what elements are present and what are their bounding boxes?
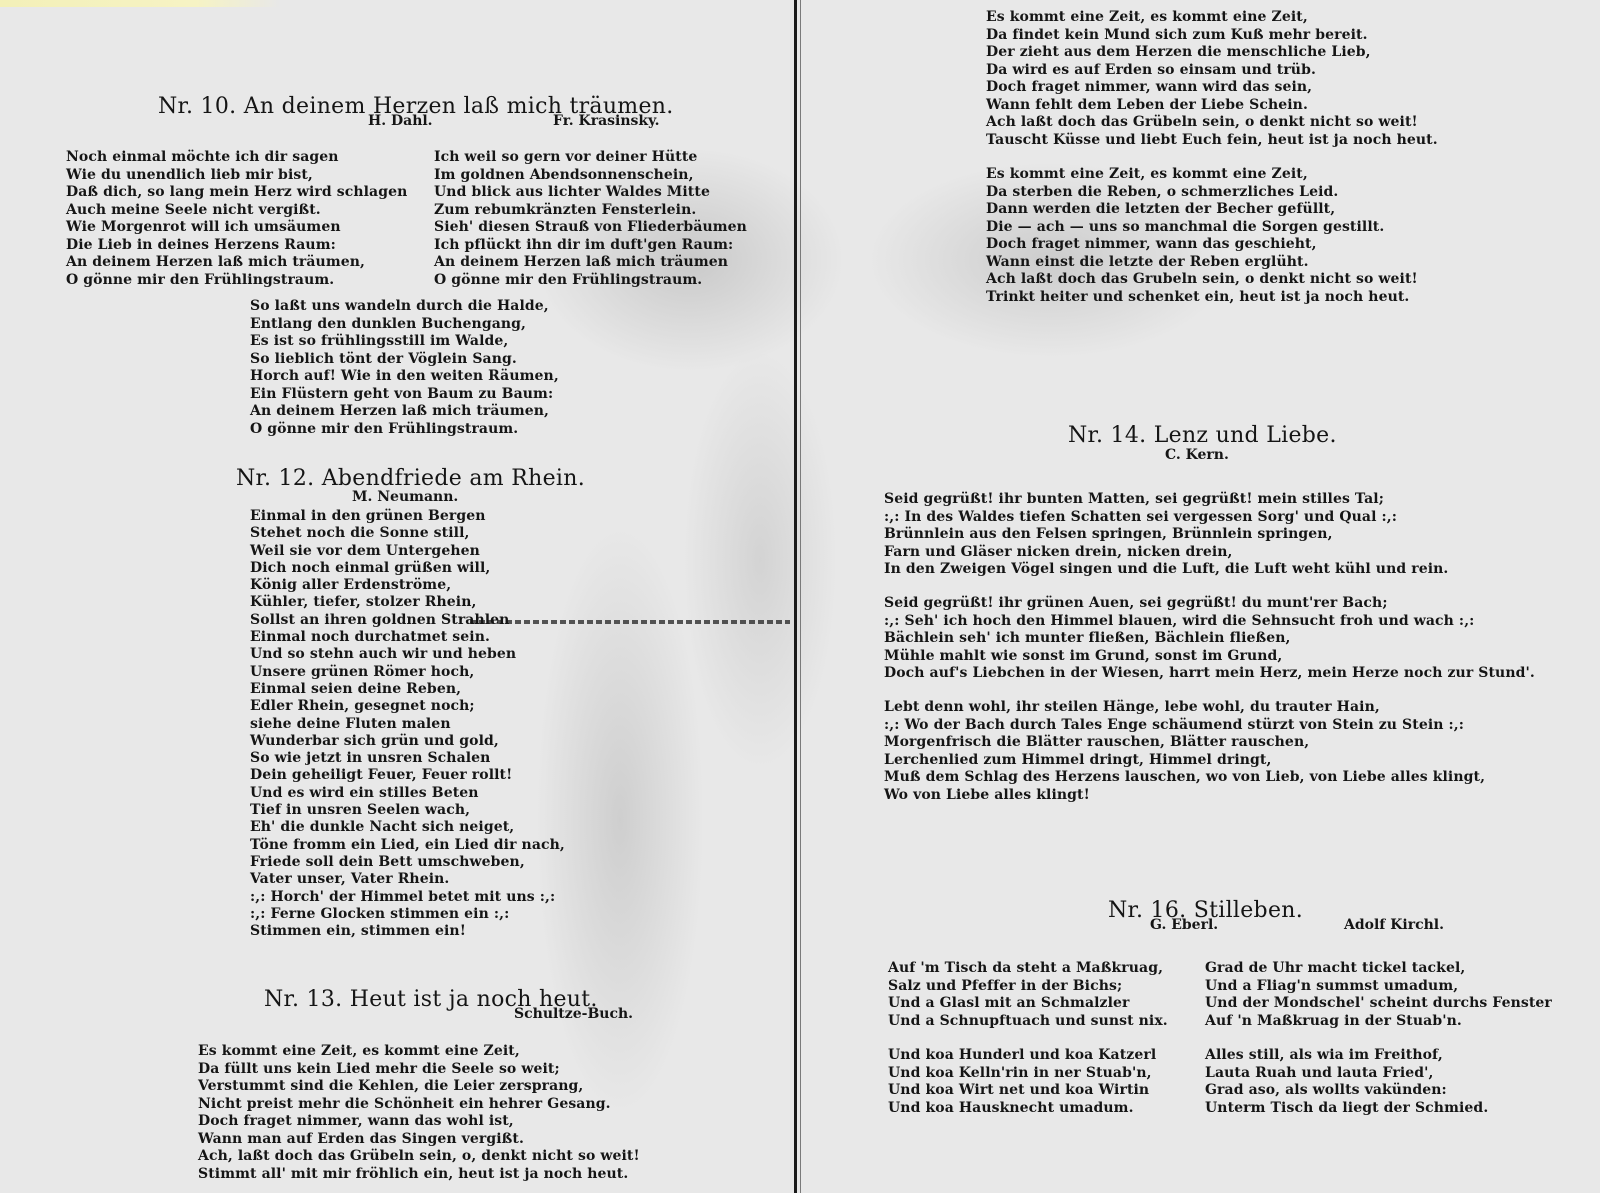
verse-line: Einmal noch durchatmet sein. (250, 629, 565, 646)
verse-line: Einmal in den grünen Bergen (250, 508, 565, 525)
verse-line: Sollst an ihren goldnen Strahlen (250, 612, 565, 629)
verse-line: Sieh' diesen Strauß von Fliederbäumen (434, 219, 747, 237)
song-16-composer: Adolf Kirchl. (1344, 917, 1444, 933)
verse-line: Und der Mondschel' scheint durchs Fenste… (1205, 995, 1552, 1013)
verse-line: Auch meine Seele nicht vergißt. (66, 202, 407, 220)
verse-line: O gönne mir den Frühlingstraum. (250, 421, 559, 439)
song-10-verse-2: Ich weil so gern vor deiner Hütte Im gol… (434, 149, 747, 289)
verse-line: Stimmt all' mit mir fröhlich ein, heut i… (198, 1166, 640, 1184)
verse-line: Ich weil so gern vor deiner Hütte (434, 149, 747, 167)
verse-line: König aller Erdenströme, (250, 577, 565, 594)
verse-line: Einmal seien deine Reben, (250, 681, 565, 698)
verse-line: Grad de Uhr macht tickel tackel, (1205, 960, 1552, 978)
song-16-col1-verse-2: Und koa Hunderl und koa Katzerl Und koa … (888, 1047, 1156, 1117)
song-12-verse: Einmal in den grünen Bergen Stehet noch … (250, 508, 565, 940)
verse-line: Doch fraget nimmer, wann das geschieht, (986, 236, 1418, 254)
verse-line: Verstummt sind die Kehlen, die Leier zer… (198, 1078, 640, 1096)
verse-line: Es kommt eine Zeit, es kommt eine Zeit, (986, 9, 1438, 27)
verse-line: Farn und Gläser nicken drein, nicken dre… (884, 544, 1448, 562)
verse-line: :,: Ferne Glocken stimmen ein :,: (250, 906, 565, 923)
song-14-verse-1: Seid gegrüßt! ihr bunten Matten, sei geg… (884, 491, 1448, 579)
verse-line: Kühler, tiefer, stolzer Rhein, (250, 594, 565, 611)
song-12-author: M. Neumann. (352, 489, 458, 505)
verse-line: Unterm Tisch da liegt der Schmied. (1205, 1100, 1488, 1118)
verse-line: Ach laßt doch das Grubeln sein, o denkt … (986, 271, 1418, 289)
verse-line: Wann einst die letzte der Reben erglüht. (986, 254, 1418, 272)
verse-line: Ach laßt doch das Grübeln sein, o denkt … (986, 114, 1438, 132)
verse-line: Und koa Hausknecht umadum. (888, 1100, 1156, 1118)
verse-line: Dich noch einmal grüßen will, (250, 560, 565, 577)
verse-line: :,: Wo der Bach durch Tales Enge schäume… (884, 717, 1485, 735)
verse-line: Und koa Wirt net und koa Wirtin (888, 1082, 1156, 1100)
verse-line: An deinem Herzen laß mich träumen, (250, 403, 559, 421)
verse-line: Doch fraget nimmer, wann wird das sein, (986, 79, 1438, 97)
song-16-lyricist: G. Eberl. (1150, 917, 1218, 933)
verse-line: So lieblich tönt der Vöglein Sang. (250, 351, 559, 369)
verse-line: Und blick aus lichter Waldes Mitte (434, 184, 747, 202)
verse-line: Und koa Hunderl und koa Katzerl (888, 1047, 1156, 1065)
verse-line: Mühle mahlt wie sonst im Grund, sonst im… (884, 648, 1535, 666)
verse-line: Weil sie vor dem Untergehen (250, 543, 565, 560)
verse-line: Und a Fliag'n summst umadum, (1205, 978, 1552, 996)
verse-line: Lebt denn wohl, ihr steilen Hänge, lebe … (884, 699, 1485, 717)
verse-line: Eh' die dunkle Nacht sich neiget, (250, 819, 565, 836)
verse-line: Friede soll dein Bett umschweben, (250, 854, 565, 871)
song-13-verse-3: Es kommt eine Zeit, es kommt eine Zeit, … (986, 166, 1418, 306)
verse-line: Unsere grünen Römer hoch, (250, 664, 565, 681)
verse-line: Wo von Liebe alles klingt! (884, 787, 1485, 805)
verse-line: So laßt uns wandeln durch die Halde, (250, 298, 559, 316)
paper-edge-strip (0, 0, 280, 7)
verse-line: Die — ach — uns so manchmal die Sorgen g… (986, 219, 1418, 237)
verse-line: An deinem Herzen laß mich träumen (434, 254, 747, 272)
verse-line: :,: Seh' ich hoch den Himmel blauen, wir… (884, 613, 1535, 631)
verse-line: Doch auf's Liebchen in der Wiesen, harrt… (884, 665, 1535, 683)
verse-line: Salz und Pfeffer in der Bichs; (888, 978, 1168, 996)
verse-line: Ach, laßt doch das Grübeln sein, o, denk… (198, 1148, 640, 1166)
verse-line: Da findet kein Mund sich zum Kuß mehr be… (986, 27, 1438, 45)
verse-line: Edler Rhein, gesegnet noch; (250, 698, 565, 715)
verse-line: Dann werden die letzten der Becher gefül… (986, 201, 1418, 219)
verse-line: Noch einmal möchte ich dir sagen (66, 149, 407, 167)
verse-line: Doch fraget nimmer, wann das wohl ist, (198, 1113, 640, 1131)
verse-line: Ein Flüstern geht von Baum zu Baum: (250, 386, 559, 404)
verse-line: Da sterben die Reben, o schmerzliches Le… (986, 184, 1418, 202)
verse-line: Und a Glasl mit an Schmalzler (888, 995, 1168, 1013)
verse-line: Horch auf! Wie in den weiten Räumen, (250, 368, 559, 386)
verse-line: Es kommt eine Zeit, es kommt eine Zeit, (198, 1043, 640, 1061)
verse-line: An deinem Herzen laß mich träumen, (66, 254, 407, 272)
verse-line: Tauscht Küsse und liebt Euch fein, heut … (986, 132, 1438, 150)
verse-line: Im goldnen Abendsonnenschein, (434, 167, 747, 185)
verse-line: Auf 'n Maßkruag in der Stuab'n. (1205, 1013, 1552, 1031)
verse-line: Wie du unendlich lieb mir bist, (66, 167, 407, 185)
verse-line: Da wird es auf Erden so einsam und trüb. (986, 62, 1438, 80)
verse-line: Stimmen ein, stimmen ein! (250, 923, 565, 940)
verse-line: Trinkt heiter und schenket ein, heut ist… (986, 289, 1418, 307)
song-10-verse-3: So laßt uns wandeln durch die Halde, Ent… (250, 298, 559, 438)
verse-line: Tief in unsren Seelen wach, (250, 802, 565, 819)
song-13-verse-1: Es kommt eine Zeit, es kommt eine Zeit, … (198, 1043, 640, 1183)
verse-line: Und a Schnupftuach und sunst nix. (888, 1013, 1168, 1031)
page-fold-line (794, 0, 797, 1193)
verse-line: Die Lieb in deines Herzens Raum: (66, 237, 407, 255)
verse-line: Auf 'm Tisch da steht a Maßkruag, (888, 960, 1168, 978)
verse-line: Der zieht aus dem Herzen die menschliche… (986, 44, 1438, 62)
verse-line: Grad aso, als wollts vakünden: (1205, 1082, 1488, 1100)
page-fold-shadow (800, 0, 801, 1193)
verse-line: Morgenfrisch die Blätter rauschen, Blätt… (884, 734, 1485, 752)
verse-line: Seid gegrüßt! ihr bunten Matten, sei geg… (884, 491, 1448, 509)
song-16-col1-verse-1: Auf 'm Tisch da steht a Maßkruag, Salz u… (888, 960, 1168, 1030)
verse-line: Nicht preist mehr die Schönheit ein hehr… (198, 1096, 640, 1114)
verse-line: Lauta Ruah und lauta Fried', (1205, 1065, 1488, 1083)
verse-line: Daß dich, so lang mein Herz wird schlage… (66, 184, 407, 202)
verse-line: Vater unser, Vater Rhein. (250, 871, 565, 888)
verse-line: Wann fehlt dem Leben der Liebe Schein. (986, 97, 1438, 115)
verse-line: siehe deine Fluten malen (250, 716, 565, 733)
verse-line: Und es wird ein stilles Beten (250, 785, 565, 802)
verse-line: Wann man auf Erden das Singen vergißt. (198, 1131, 640, 1149)
verse-line: So wie jetzt in unsren Schalen (250, 750, 565, 767)
verse-line: Stehet noch die Sonne still, (250, 525, 565, 542)
verse-line: Seid gegrüßt! ihr grünen Auen, sei gegrü… (884, 595, 1535, 613)
song-14-verse-2: Seid gegrüßt! ihr grünen Auen, sei gegrü… (884, 595, 1535, 683)
verse-line: Alles still, als wia im Freithof, (1205, 1047, 1488, 1065)
song-14-author: C. Kern. (1165, 447, 1229, 463)
verse-line: :,: Horch' der Himmel betet mit uns :,: (250, 889, 565, 906)
verse-line: Da füllt uns kein Lied mehr die Seele so… (198, 1061, 640, 1079)
verse-line: Wie Morgenrot will ich umsäumen (66, 219, 407, 237)
verse-line: Entlang den dunklen Buchengang, (250, 316, 559, 334)
verse-line: Zum rebumkränzten Fensterlein. (434, 202, 747, 220)
verse-line: Bächlein seh' ich munter fließen, Bächle… (884, 630, 1535, 648)
song-10-verse-1: Noch einmal möchte ich dir sagen Wie du … (66, 149, 407, 289)
song-13-author: Schultze-Buch. (514, 1006, 633, 1022)
song-10-lyricist: H. Dahl. (368, 113, 433, 129)
verse-line: Es kommt eine Zeit, es kommt eine Zeit, (986, 166, 1418, 184)
verse-line: Töne fromm ein Lied, ein Lied dir nach, (250, 837, 565, 854)
verse-line: Es ist so frühlingsstill im Walde, (250, 333, 559, 351)
song-14-title: Nr. 14. Lenz und Liebe. (1068, 423, 1337, 448)
song-14-verse-3: Lebt denn wohl, ihr steilen Hänge, lebe … (884, 699, 1485, 804)
verse-line: Und koa Kelln'rin in ner Stuab'n, (888, 1065, 1156, 1083)
song-13-verse-2: Es kommt eine Zeit, es kommt eine Zeit, … (986, 9, 1438, 149)
verse-line: :,: In des Waldes tiefen Schatten sei ve… (884, 509, 1448, 527)
verse-line: In den Zweigen Vögel singen und die Luft… (884, 561, 1448, 579)
song-12-title: Nr. 12. Abendfriede am Rhein. (236, 466, 585, 491)
verse-line: Lerchenlied zum Himmel dringt, Himmel dr… (884, 752, 1485, 770)
song-16-col2-verse-2: Alles still, als wia im Freithof, Lauta … (1205, 1047, 1488, 1117)
verse-line: O gönne mir den Frühlingstraum. (66, 272, 407, 290)
verse-line: Brünnlein aus den Felsen springen, Brünn… (884, 526, 1448, 544)
verse-line: Und so stehn auch wir und heben (250, 646, 565, 663)
scanned-songbook-spread: Nr. 10. An deinem Herzen laß mich träume… (0, 0, 1600, 1193)
verse-line: O gönne mir den Frühlingstraum. (434, 272, 747, 290)
song-16-col2-verse-1: Grad de Uhr macht tickel tackel, Und a F… (1205, 960, 1552, 1030)
verse-line: Muß dem Schlag des Herzens lauschen, wo … (884, 769, 1485, 787)
verse-line: Ich pflückt ihn dir im duft'gen Raum: (434, 237, 747, 255)
verse-line: Dein geheiligt Feuer, Feuer rollt! (250, 767, 565, 784)
song-10-composer: Fr. Krasinsky. (553, 113, 660, 129)
verse-line: Wunderbar sich grün und gold, (250, 733, 565, 750)
